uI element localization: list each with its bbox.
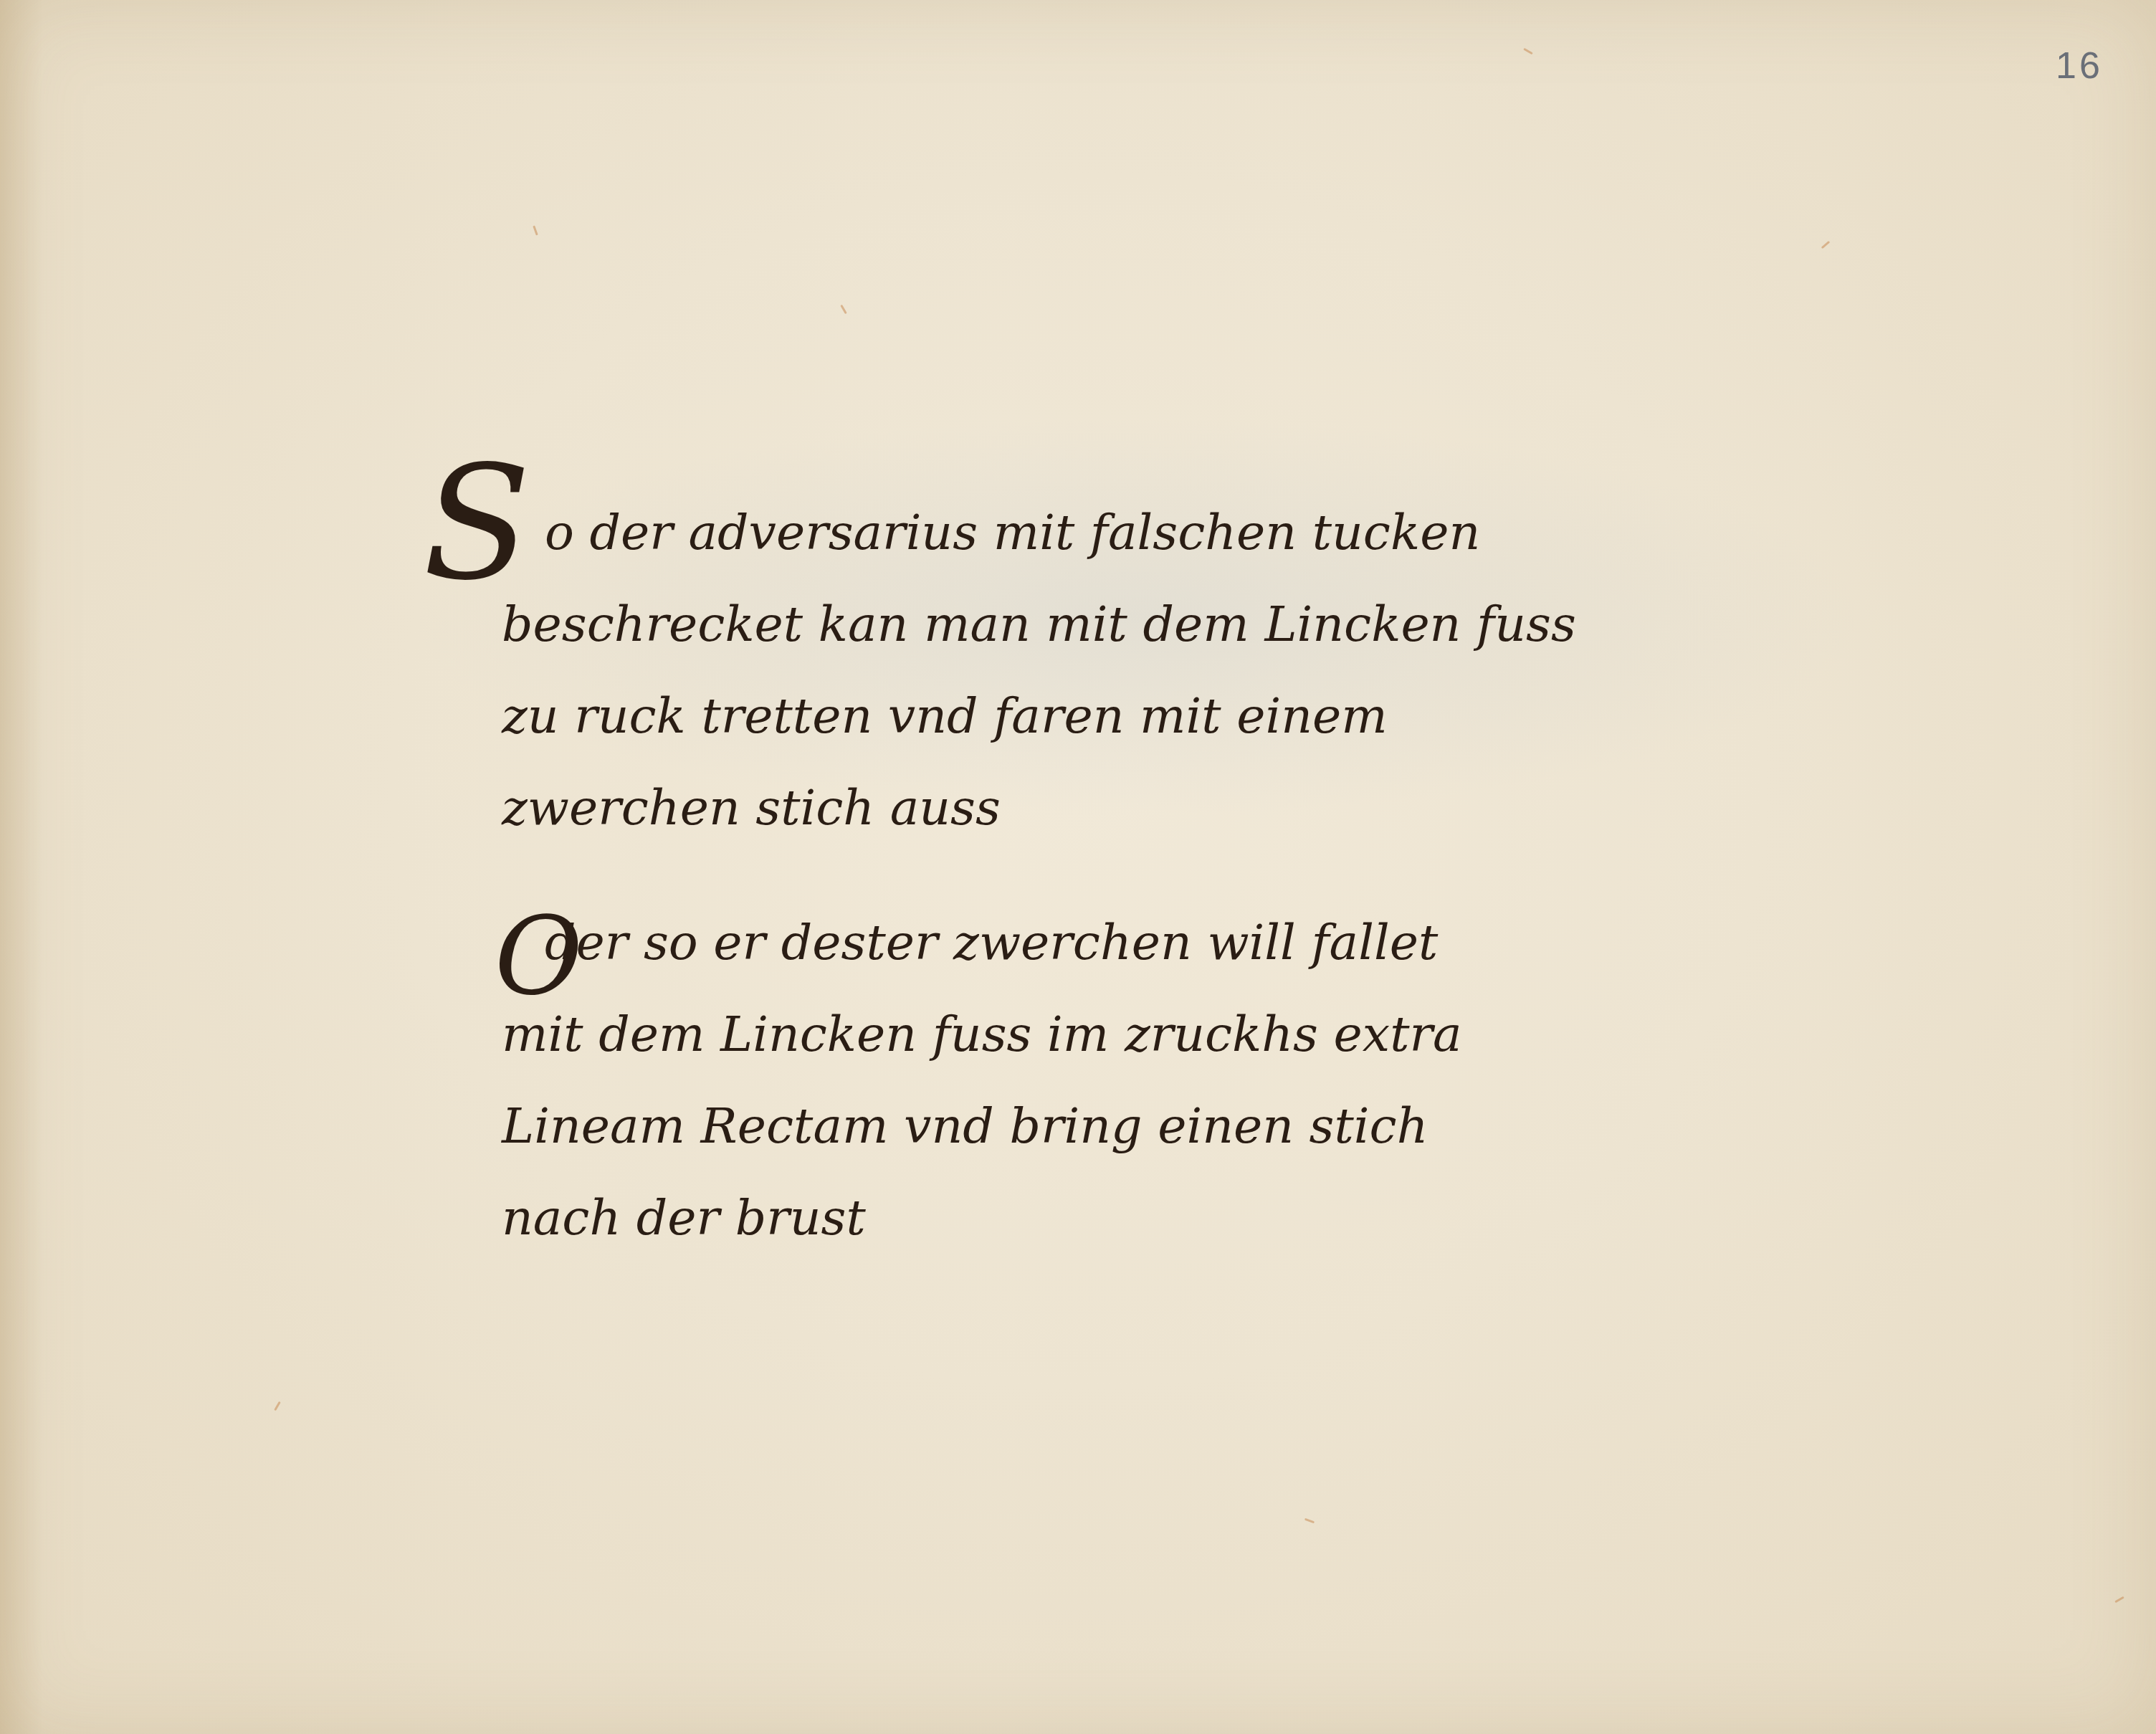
text-line: mit dem Lincken fuss im zruckhs extra [502,989,1864,1081]
text-line: Lineam Rectam vnd bring einen stich [502,1081,1864,1173]
paper-fiber [533,225,538,235]
text-line: zwerchen stich auss [502,763,1864,854]
paper-fiber [1304,1518,1315,1524]
paragraph: der so er dester zwerchen will fallet mi… [502,897,1864,1264]
manuscript-page: 16 S O o der adversarius mit falschen tu… [0,0,2156,1734]
text-line: nach der brust [502,1173,1864,1264]
text-line: o der adversarius mit falschen tucken [502,487,1864,579]
paper-fiber [840,305,847,315]
folio-number: 16 [2056,44,2103,87]
text-line: der so er dester zwerchen will fallet [502,897,1864,989]
text-line: beschrecket kan man mit dem Lincken fuss [502,579,1864,671]
paper-fiber [2114,1596,2124,1604]
paper-fiber [1821,241,1831,249]
paper-fiber [274,1401,281,1411]
manuscript-text: o der adversarius mit falschen tucken be… [502,487,1864,1264]
paragraph: o der adversarius mit falschen tucken be… [502,487,1864,854]
paper-fiber [1523,48,1533,55]
text-line: zu ruck tretten vnd faren mit einem [502,671,1864,763]
